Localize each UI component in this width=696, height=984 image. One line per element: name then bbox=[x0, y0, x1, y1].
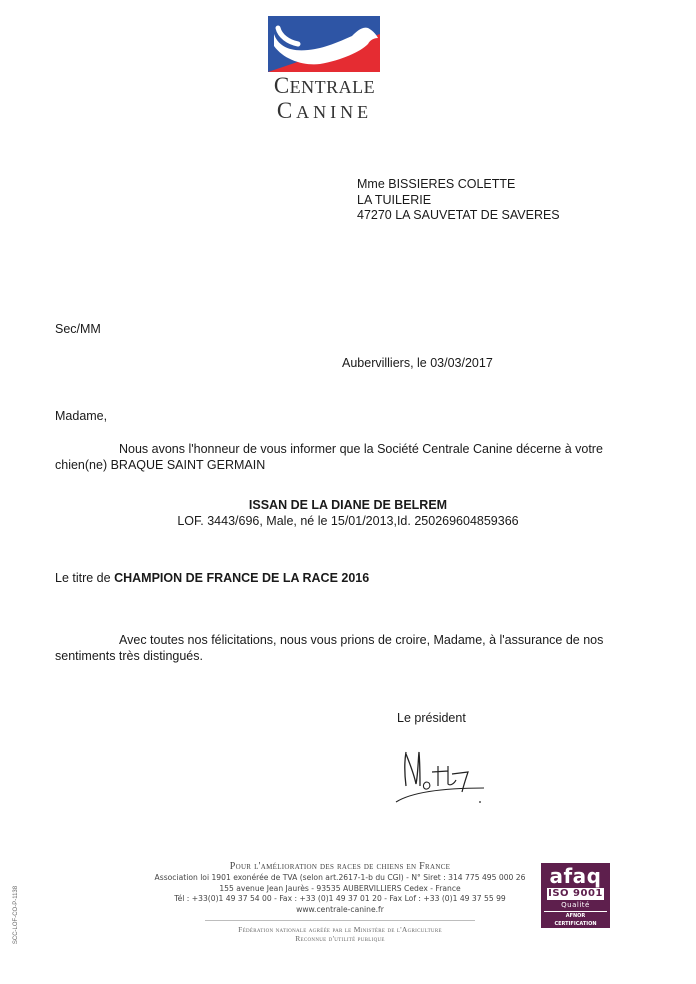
footer-website[interactable]: www.centrale-canine.fr bbox=[150, 905, 530, 916]
leaping-dog-icon bbox=[268, 16, 380, 72]
awarded-title: Le titre de CHAMPION DE FRANCE DE LA RAC… bbox=[55, 571, 369, 585]
centrale-canine-logo-emblem bbox=[268, 16, 380, 72]
letterhead-footer: Pour l'amélioration des races de chiens … bbox=[150, 861, 530, 943]
recipient-name: Mme BISSIERES COLETTE bbox=[357, 177, 560, 193]
recipient-city: 47270 LA SAUVETAT DE SAVERES bbox=[357, 208, 560, 224]
dog-name: ISSAN DE LA DIANE DE BELREM bbox=[0, 498, 696, 512]
footer-federation: Fédération nationale agréée par le Minis… bbox=[150, 925, 530, 934]
recipient-street: LA TUILERIE bbox=[357, 193, 560, 209]
footer-phones: Tél : +33(0)1 49 37 54 00 - Fax : +33 (0… bbox=[150, 894, 530, 905]
footer-motto: Pour l'amélioration des races de chiens … bbox=[150, 861, 530, 873]
recipient-address: Mme BISSIERES COLETTE LA TUILERIE 47270 … bbox=[357, 177, 560, 224]
signature-image bbox=[392, 744, 488, 806]
footer-recognition: Reconnue d'utilité publique bbox=[150, 934, 530, 943]
reference-code: Sec/MM bbox=[55, 322, 101, 336]
footer-address: 155 avenue Jean Jaurès - 93535 AUBERVILL… bbox=[150, 884, 530, 895]
centrale-canine-wordmark: CENTRALE CANINE bbox=[262, 74, 387, 122]
document-side-code: SCC-LOF-CO-P-1138 bbox=[13, 885, 19, 945]
closing-paragraph: Avec toutes nos félicitations, nous vous… bbox=[55, 632, 630, 664]
afaq-iso-certification-badge: afaq ISO 9001 Qualité AFNOR CERTIFICATIO… bbox=[541, 863, 610, 928]
footer-association: Association loi 1901 exonérée de TVA (se… bbox=[150, 873, 530, 884]
announcement-paragraph: Nous avons l'honneur de vous informer qu… bbox=[55, 441, 625, 473]
date-line: Aubervilliers, le 03/03/2017 bbox=[342, 356, 493, 370]
title-name: CHAMPION DE FRANCE DE LA RACE 2016 bbox=[114, 571, 369, 585]
salutation: Madame, bbox=[55, 409, 107, 423]
signer-title: Le président bbox=[397, 711, 466, 725]
dog-registration-info: LOF. 3443/696, Male, né le 15/01/2013,Id… bbox=[0, 514, 696, 528]
footer-divider bbox=[205, 920, 475, 921]
